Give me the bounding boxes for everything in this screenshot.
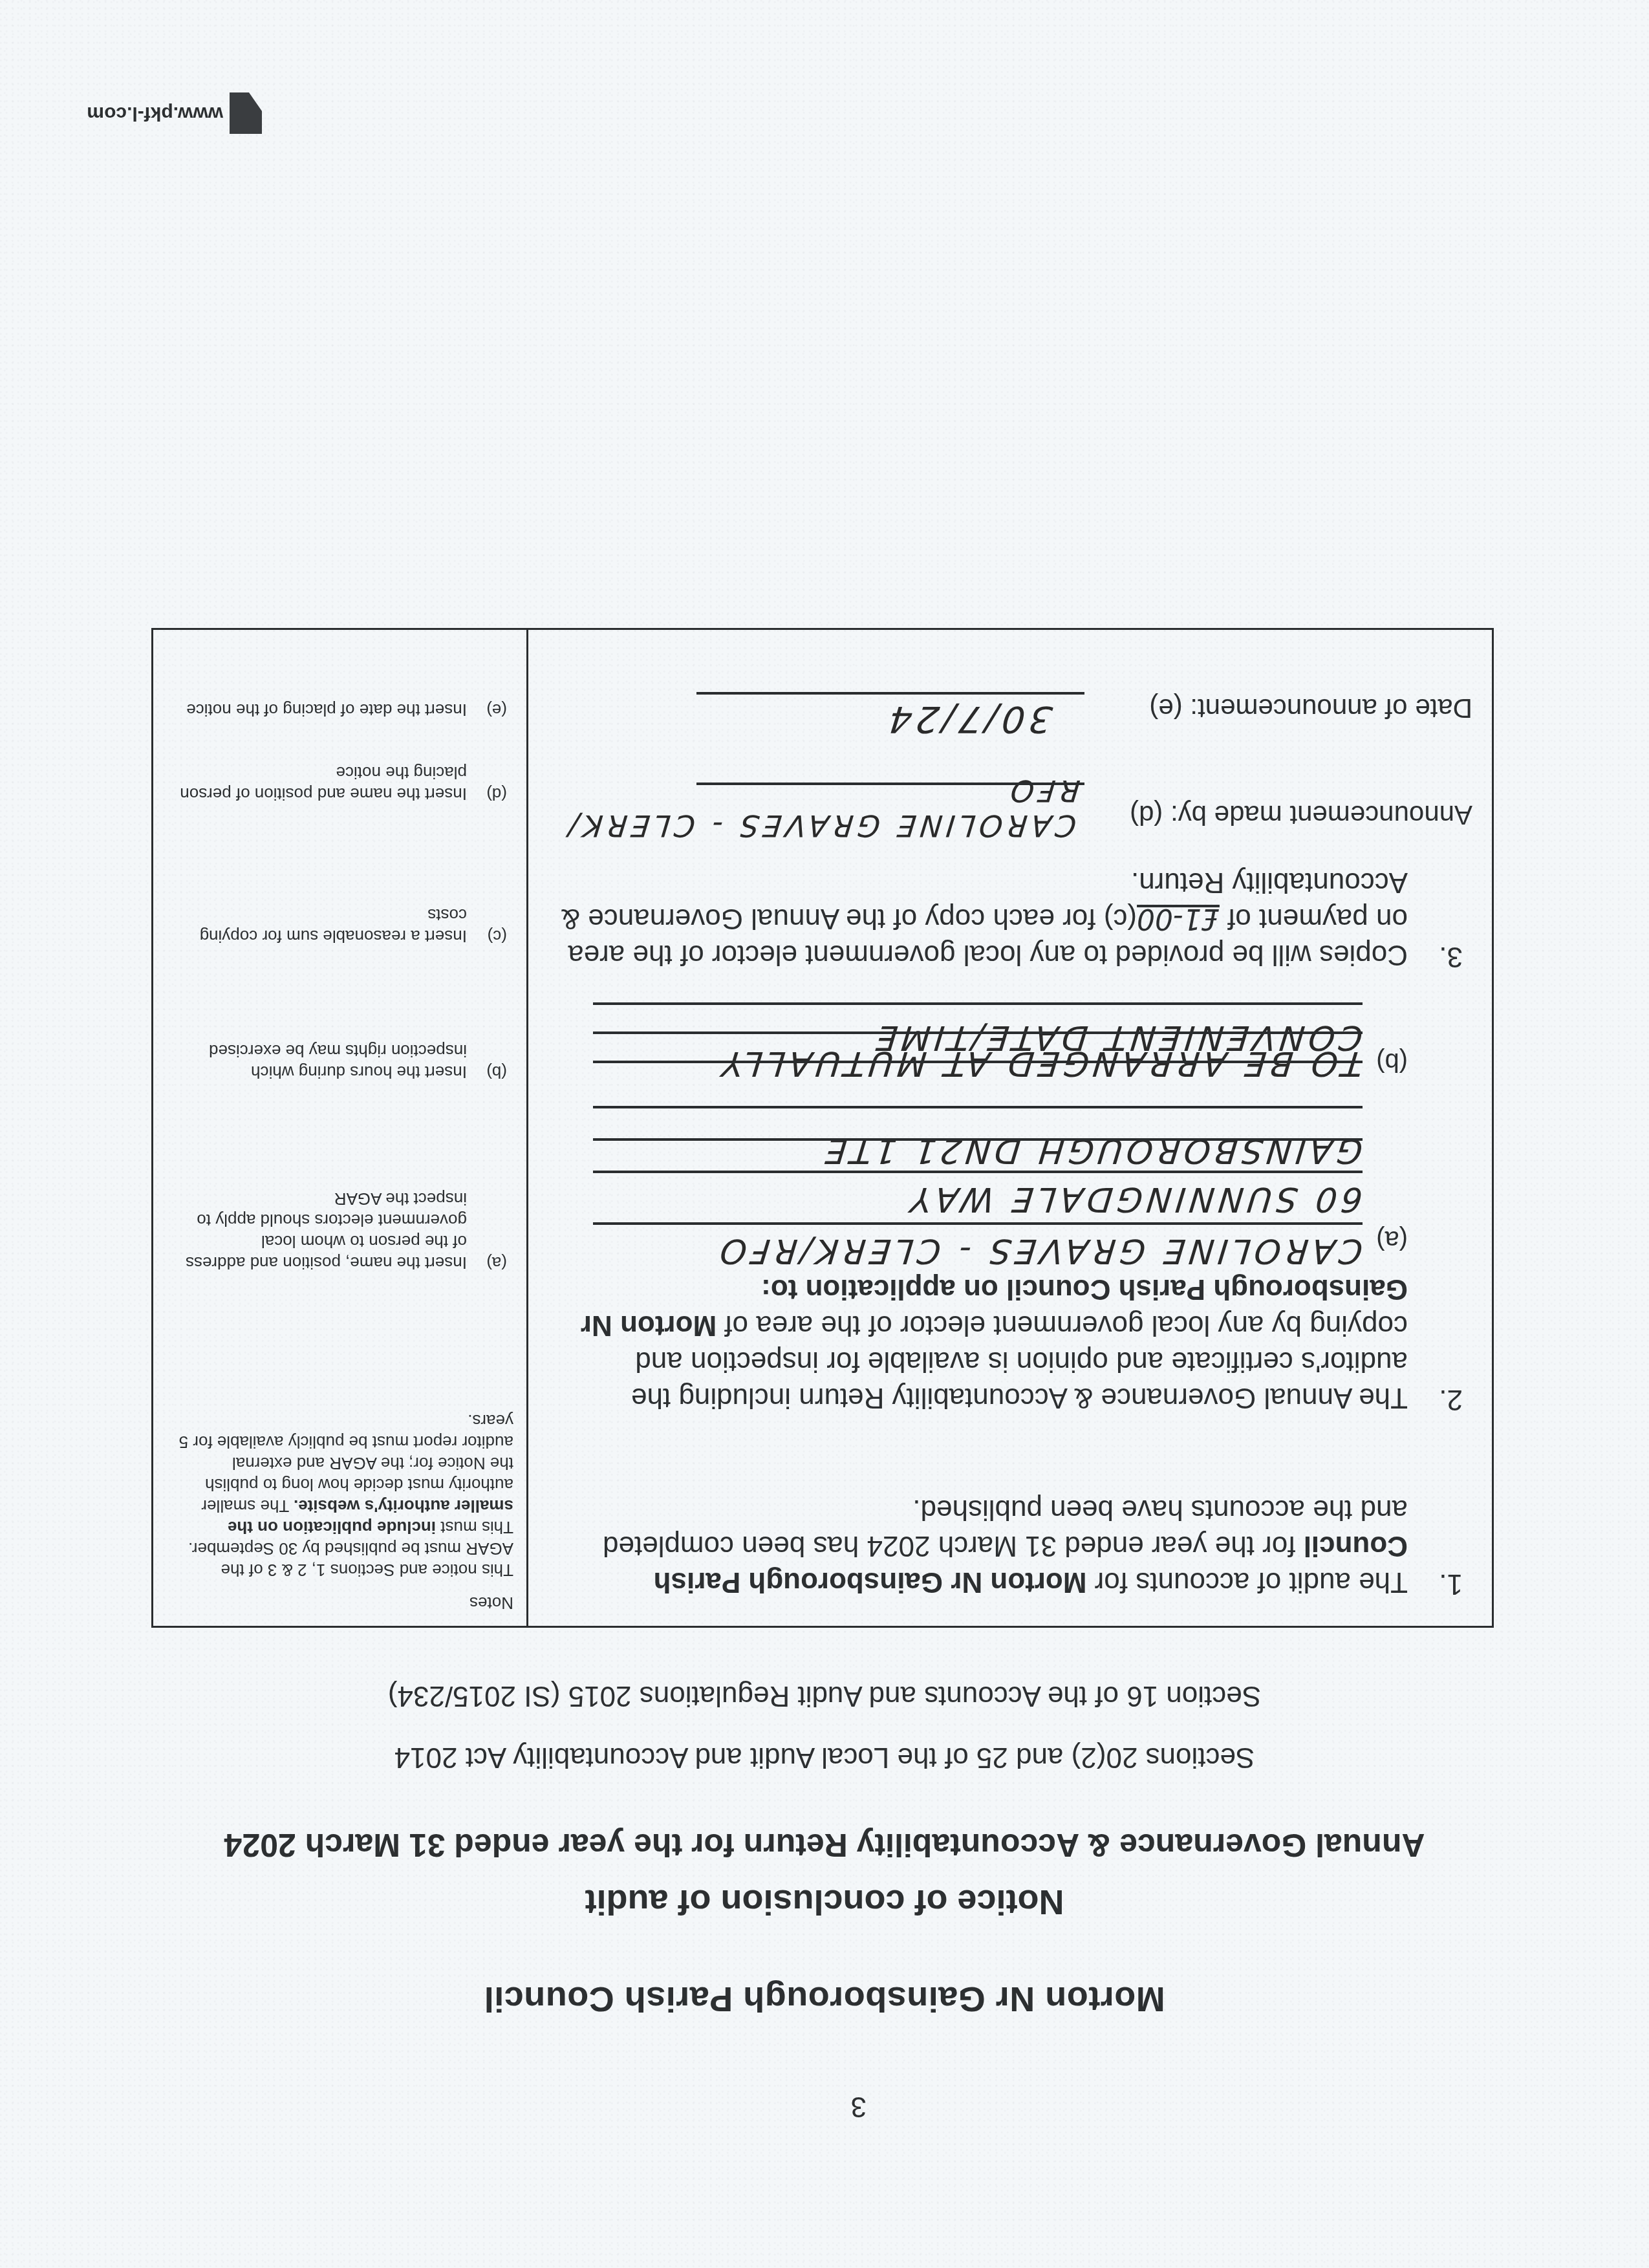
note-e-text: Insert the date of placing of the notice xyxy=(171,699,507,720)
page-number: 3 xyxy=(851,2090,867,2122)
field-a-rule-1 xyxy=(593,1222,1363,1225)
announcement-made-by-label: Announcement made by: (d) xyxy=(1130,799,1472,830)
copy-fee-label: (c) xyxy=(1104,903,1137,934)
note-d: (d)Insert the name and position of perso… xyxy=(171,762,507,805)
note-main: This notice and Sections 1, 2 & 3 of the… xyxy=(177,1410,513,1581)
notice-title: Notice of conclusion of audit xyxy=(0,1882,1649,1922)
field-a-label: (a) xyxy=(1376,1225,1408,1254)
field-b-rule-3 xyxy=(593,1002,1363,1005)
note-e: (e)Insert the date of placing of the not… xyxy=(171,699,507,720)
section-2-text-pre: The Annual Governance & Accountability R… xyxy=(631,1310,1408,1414)
pkf-logo-icon xyxy=(230,92,262,134)
note-a-text: Insert the name, position and address of… xyxy=(171,1188,507,1273)
field-a-line-1[interactable]: CAROLINE GRAVES - CLERK/RFO xyxy=(715,1231,1364,1270)
announcement-date-value[interactable]: 30/7/24 xyxy=(883,698,1055,740)
section-2-text: The Annual Governance & Accountability R… xyxy=(554,1271,1408,1416)
field-b-rule-0 xyxy=(593,1106,1363,1108)
field-b-line-2[interactable]: CONVENIENT DATE/TIME xyxy=(870,1018,1364,1057)
note-a: (a)Insert the name, position and address… xyxy=(171,1188,507,1273)
note-a-label: (a) xyxy=(486,1252,507,1273)
section-1-number: 1. xyxy=(1439,1568,1463,1600)
council-title: Morton Nr Gainsborough Parish Council xyxy=(0,1979,1649,2019)
section-2-number: 2. xyxy=(1439,1383,1463,1416)
field-a-line-2[interactable]: 60 SUNNINGDALE WAY xyxy=(905,1180,1365,1218)
notice-table: 1. The audit of accounts for Morton Nr G… xyxy=(151,628,1494,1628)
field-a-rule-3 xyxy=(593,1138,1363,1141)
field-a-rule-2 xyxy=(593,1171,1363,1173)
copy-fee-amount[interactable]: £1-00 xyxy=(1137,902,1220,935)
note-d-text: Insert the name and position of person p… xyxy=(171,762,507,805)
announcement-date-label: Date of announcement: (e) xyxy=(1149,693,1472,724)
footer-url[interactable]: www.pkf-l.com xyxy=(87,102,223,124)
field-b-rule-1 xyxy=(593,1061,1363,1063)
section-1-text-post: for the year ended 31 March 2024 has bee… xyxy=(603,1494,1408,1562)
note-e-label: (e) xyxy=(486,699,507,720)
return-title: Annual Governance & Accountability Retur… xyxy=(0,1826,1649,1864)
section-3-number: 3. xyxy=(1439,940,1463,973)
note-d-label: (d) xyxy=(486,783,507,805)
legal-reference-act: Sections 20(2) and 25 of the Local Audit… xyxy=(0,1741,1649,1773)
notes-heading: Notes xyxy=(469,1593,513,1613)
note-b-text: Insert the hours during which inspection… xyxy=(171,1040,507,1083)
note-c: (c)Insert a reasonable sum for copying c… xyxy=(171,904,507,947)
section-3-text: Copies will be provided to any local gov… xyxy=(554,864,1408,973)
field-b-rule-2 xyxy=(593,1031,1363,1034)
note-b-label: (b) xyxy=(486,1061,507,1083)
scanned-page: 3 Morton Nr Gainsborough Parish Council … xyxy=(0,0,1649,2268)
announcement-date-rule xyxy=(696,692,1084,695)
note-c-label: (c) xyxy=(488,925,507,947)
notes-column: Notes This notice and Sections 1, 2 & 3 … xyxy=(153,630,526,1626)
footer: www.pkf-l.com xyxy=(87,92,262,134)
field-b-label: (b) xyxy=(1376,1047,1408,1076)
note-b: (b)Insert the hours during which inspect… xyxy=(171,1040,507,1083)
legal-reference-regulations: Section 16 of the Accounts and Audit Reg… xyxy=(0,1679,1649,1712)
notice-body: 1. The audit of accounts for Morton Nr G… xyxy=(528,630,1492,1626)
section-1-text-pre: The audit of accounts for xyxy=(1086,1566,1408,1598)
note-c-text: Insert a reasonable sum for copying cost… xyxy=(171,904,507,947)
field-a-line-3[interactable]: GAINSBOROUGH DN21 1TE xyxy=(820,1131,1364,1170)
announcement-made-by-rule xyxy=(696,783,1084,785)
section-1-text: The audit of accounts for Morton Nr Gain… xyxy=(554,1491,1408,1600)
section-2-text-post: on application to: xyxy=(761,1273,1006,1305)
